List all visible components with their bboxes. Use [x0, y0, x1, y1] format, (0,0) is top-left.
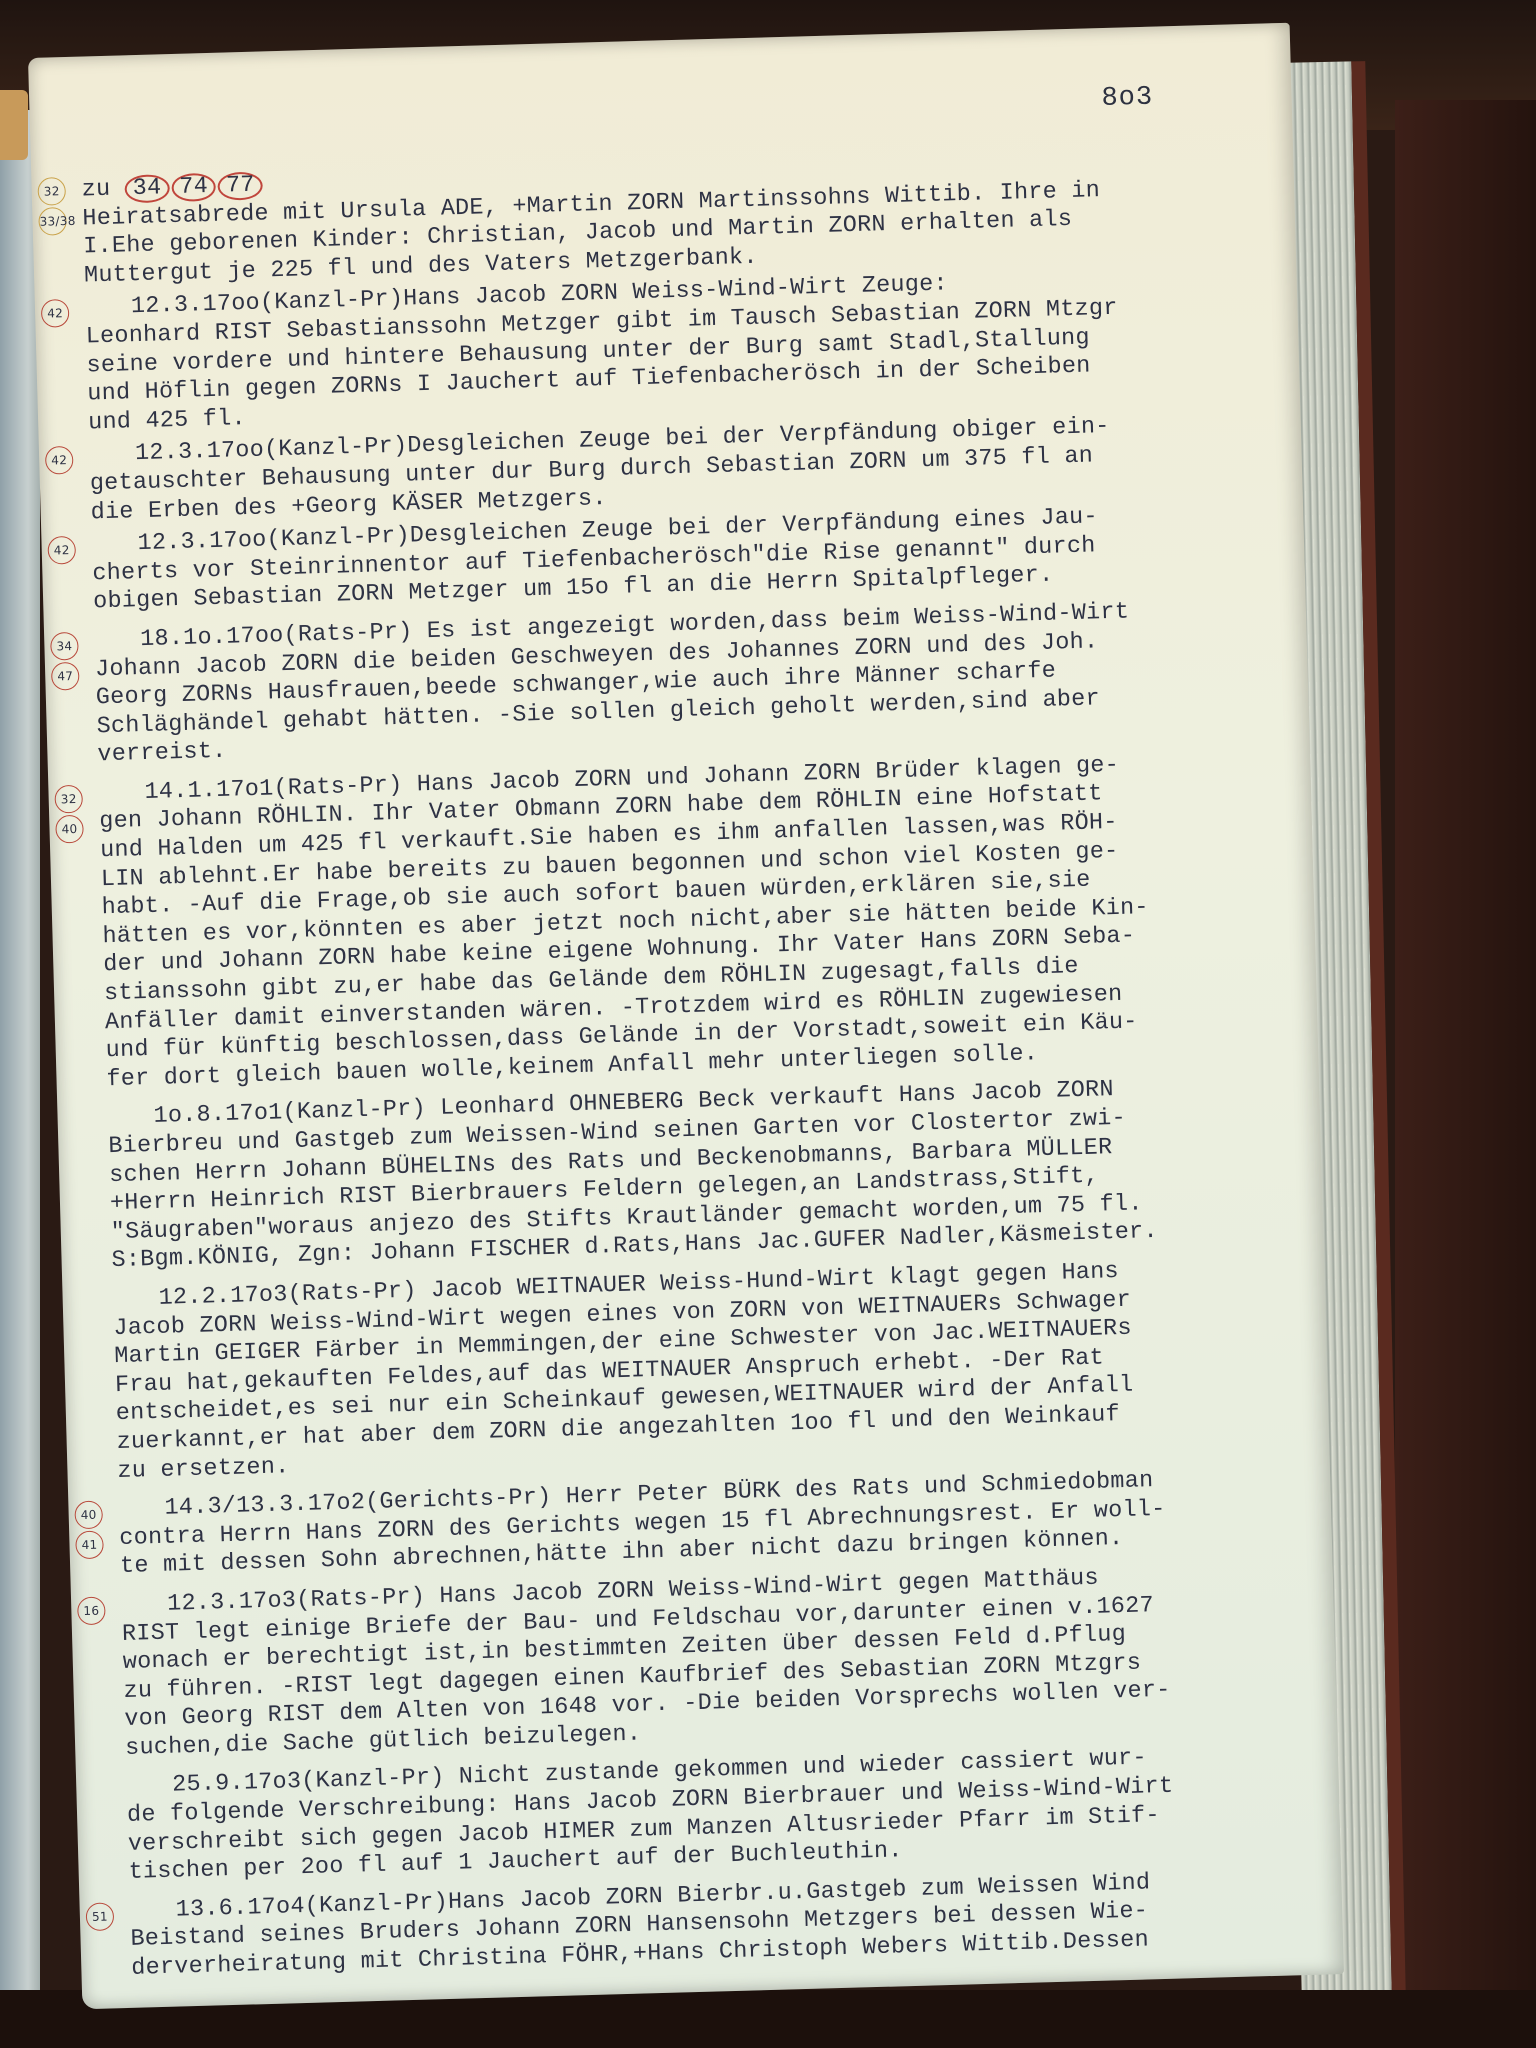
margin-reference-mark: 41: [75, 1531, 104, 1560]
margin-reference-mark: 40: [74, 1501, 103, 1530]
reference-circle: 74: [171, 173, 216, 202]
entry-paragraph: 324014.1.17o1(Rats-Pr) Hans Jacob ZORN u…: [98, 747, 1286, 1094]
margin-reference-mark: 34: [50, 632, 79, 661]
page-number: 8o3: [1101, 83, 1153, 114]
entry-paragraph: 344718.1o.17oo(Rats-Pr) Es ist angezeigt…: [94, 594, 1278, 770]
margin-reference-mark: 33/38: [38, 207, 67, 236]
entry-paragraph: 1o.8.17o1(Kanzl-Pr) Leonhard OHNEBERG Be…: [107, 1072, 1291, 1276]
margin-reference-mark: 40: [55, 815, 84, 844]
margin-reference-mark: 47: [51, 662, 80, 691]
margin-reference-mark: 32: [37, 177, 66, 206]
margin-reference-mark: 42: [47, 536, 76, 565]
margin-reference-mark: 32: [54, 785, 83, 814]
entry-paragraph: 1612.3.17o3(Rats-Pr) Hans Jacob ZORN Wei…: [121, 1559, 1305, 1763]
previous-page-edge: [0, 110, 40, 2010]
book-cover-right: [1395, 100, 1536, 2048]
margin-reference-mark: 16: [77, 1596, 106, 1625]
document-page: 8o3 3233/38zu 347477Heiratsabrede mit Ur…: [28, 23, 1344, 2009]
reference-circle: 34: [124, 174, 169, 203]
margin-reference-mark: 51: [86, 1902, 115, 1931]
entry-paragraph: 12.2.17o3(Rats-Pr) Jacob WEITNAUER Weiss…: [112, 1253, 1297, 1486]
entry-paragraph: 4212.3.17oo(Kanzl-Pr)Hans Jacob ZORN Wei…: [85, 262, 1269, 438]
margin-reference-mark: 42: [41, 299, 70, 328]
reference-circle: 77: [218, 172, 263, 201]
entry-paragraph: 25.9.17o3(Kanzl-Pr) Nicht zustande gekom…: [126, 1740, 1309, 1887]
document-body: 3233/38zu 347477Heiratsabrede mit Ursula…: [81, 144, 1311, 1988]
bookmark-tab: [0, 90, 28, 160]
margin-reference-mark: 42: [45, 446, 74, 475]
